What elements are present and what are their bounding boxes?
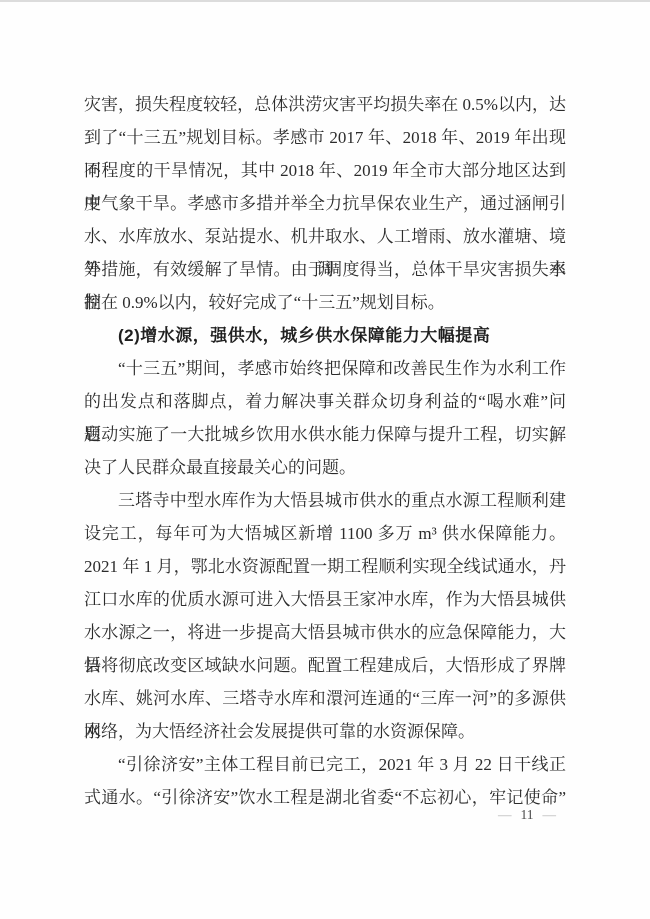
page-number-dash-left: —	[498, 807, 512, 822]
text-line: 的出发点和落脚点，着力解决事关群众切身利益的“喝水难”问题，	[84, 385, 566, 418]
text-line: 到了“十三五”规划目标。孝感市 2017 年、2018 年、2019 年出现不	[84, 121, 566, 154]
text-line: 决了人民群众最直接最关心的问题。	[84, 451, 566, 484]
text-line: 制在 0.9%以内，较好完成了“十三五”规划目标。	[84, 286, 566, 319]
section-heading: (2)增水源，强供水，城乡供水保障能力大幅提高	[84, 319, 566, 352]
text-line: “十三五”期间，孝感市始终把保障和改善民生作为水利工作	[84, 352, 566, 385]
text-line: 灾害，损失程度较轻，总体洪涝灾害平均损失率在 0.5%以内，达	[84, 88, 566, 121]
scan-edge-artifact	[0, 0, 650, 2]
page-number-value: 11	[521, 807, 534, 822]
text-line: 式通水。“引徐济安”饮水工程是湖北省委“不忘初心，牢记使命”	[84, 781, 566, 814]
page-number-dash-right: —	[543, 807, 557, 822]
text-line: 水库、姚河水库、三塔寺水库和澴河连通的“三库一河”的多源供水	[84, 682, 566, 715]
text-line: “引徐济安”主体工程目前已完工，2021 年 3 月 22 日干线正	[84, 748, 566, 781]
text-line: 等措施，有效缓解了旱情。由于调度得当，总体干旱灾害损失率控	[84, 253, 566, 286]
page-number: —11—	[498, 805, 556, 825]
text-line: 同程度的干旱情况，其中 2018 年、2019 年全市大部分地区达到中	[84, 154, 566, 187]
text-line: 2021 年 1 月，鄂北水资源配置一期工程顺利实现全线试通水，丹	[84, 550, 566, 583]
text-line: 三塔寺中型水库作为大悟县城市供水的重点水源工程顺利建	[84, 484, 566, 517]
text-line: 网络，为大悟经济社会发展提供可靠的水资源保障。	[84, 715, 566, 748]
text-line: 水、水库放水、泵站提水、机井取水、人工增雨、放水灌塘、境外调水	[84, 220, 566, 253]
document-body: 灾害，损失程度较轻，总体洪涝灾害平均损失率在 0.5%以内，达 到了“十三五”规…	[84, 88, 566, 814]
text-line: 县将彻底改变区域缺水问题。配置工程建成后，大悟形成了界牌	[84, 649, 566, 682]
document-page: 灾害，损失程度较轻，总体洪涝灾害平均损失率在 0.5%以内，达 到了“十三五”规…	[0, 0, 650, 919]
text-line: 度气象干旱。孝感市多措并举全力抗旱保农业生产，通过涵闸引	[84, 187, 566, 220]
text-line: 启动实施了一大批城乡饮用水供水能力保障与提升工程，切实解	[84, 418, 566, 451]
text-line: 江口水库的优质水源可进入大悟县王家冲水库，作为大悟县城供	[84, 583, 566, 616]
text-line: 设完工，每年可为大悟城区新增 1100 多万 m³ 供水保障能力。	[84, 517, 566, 550]
text-line: 水水源之一，将进一步提高大悟县城市供水的应急保障能力，大悟	[84, 616, 566, 649]
